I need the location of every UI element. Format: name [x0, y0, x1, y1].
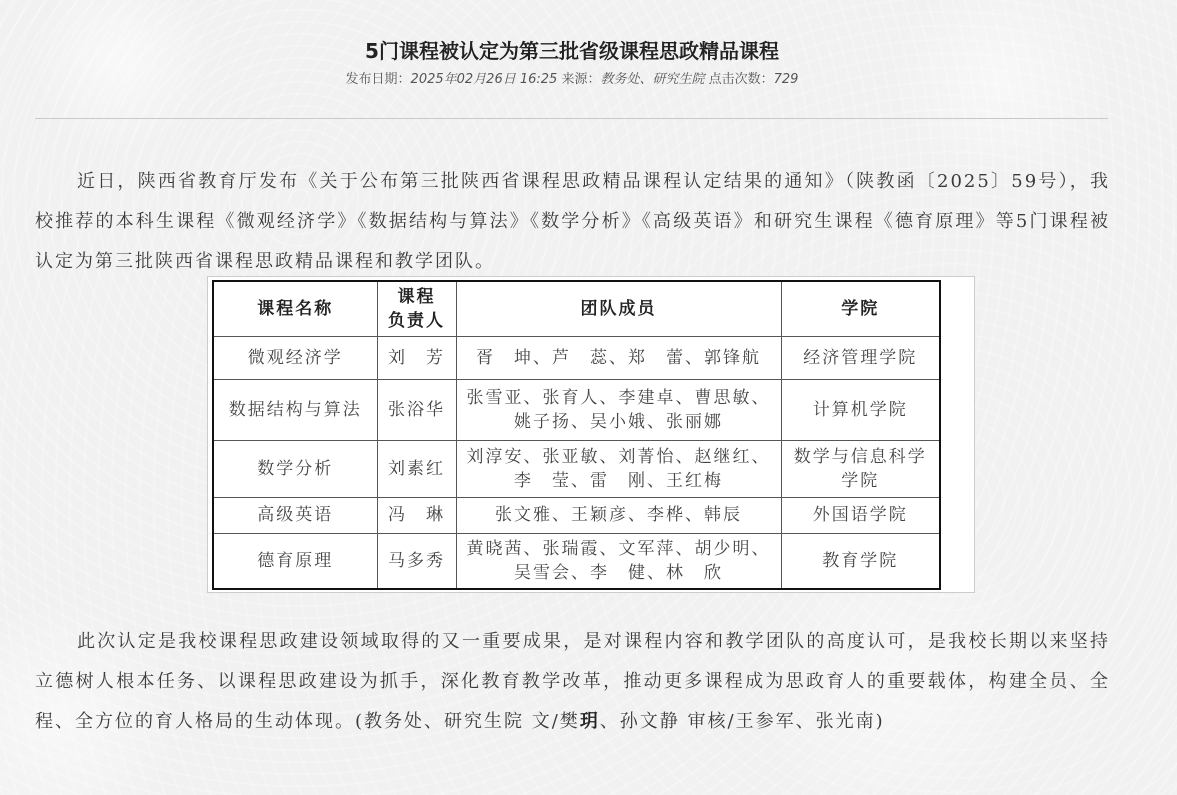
source-label: 来源：	[561, 72, 600, 87]
cell-team-members: 张雪亚、张育人、李建卓、曹思敏、 姚子扬、吴小娥、张丽娜	[456, 379, 781, 440]
school-line: 数学与信息科学	[786, 445, 936, 469]
article-meta: 发布日期：2025年02月26日 16:25 来源：教务处、研究生院 点击次数：…	[0, 68, 1144, 87]
page-title: 5门课程被认定为第三批省级课程思政精品课程	[0, 35, 1144, 64]
school-line: 外国语学院	[786, 503, 936, 527]
cell-course-lead: 刘素红	[377, 440, 456, 497]
header-course-name: 课程名称	[213, 281, 377, 336]
team-line: 刘淳安、张亚敏、刘菁怡、赵继红、	[461, 445, 777, 469]
cell-team-members: 胥 坤、芦 蕊、郑 蕾、郭锋航	[456, 336, 781, 379]
cell-team-members: 黄晓茜、张瑞霞、文军萍、胡少明、 吴雪会、李 健、林 欣	[456, 533, 781, 589]
cell-school: 教育学院	[781, 533, 940, 589]
cell-course-name: 数学分析	[213, 440, 377, 497]
table-row: 数据结构与算法 张浴华 张雪亚、张育人、李建卓、曹思敏、 姚子扬、吴小娥、张丽娜…	[213, 379, 940, 440]
cell-course-lead: 冯 琳	[377, 497, 456, 533]
school-line: 经济管理学院	[786, 346, 936, 370]
header-team-members: 团队成员	[456, 281, 781, 336]
cell-course-name: 微观经济学	[213, 336, 377, 379]
conclusion-text-part2: 、孙文静 审核/王参军、张光南)	[600, 711, 885, 732]
cell-course-lead: 刘 芳	[377, 336, 456, 379]
author-name-glyph: 玥	[580, 711, 600, 732]
cell-course-lead: 马多秀	[377, 533, 456, 589]
paragraph-intro: 近日，陕西省教育厅发布《关于公布第三批陕西省课程思政精品课程认定结果的通知》（陕…	[35, 162, 1110, 282]
views-label: 点击次数：	[709, 72, 774, 87]
cell-school: 计算机学院	[781, 379, 940, 440]
team-line: 姚子扬、吴小娥、张丽娜	[461, 410, 777, 434]
publish-date: 2025年02月26日 16:25	[411, 72, 558, 87]
course-table: 课程名称 课程 负责人 团队成员 学院 微观经济学 刘 芳 胥 坤、芦 蕊、郑 …	[212, 280, 941, 590]
table-header-row: 课程名称 课程 负责人 团队成员 学院	[213, 281, 940, 336]
views-count: 729	[774, 72, 799, 87]
source-value: 教务处、研究生院	[600, 72, 704, 87]
team-line: 黄晓茜、张瑞霞、文军萍、胡少明、	[461, 537, 777, 561]
cell-course-name: 高级英语	[213, 497, 377, 533]
school-line: 计算机学院	[786, 398, 936, 422]
team-line: 胥 坤、芦 蕊、郑 蕾、郭锋航	[461, 346, 777, 370]
table-row: 数学分析 刘素红 刘淳安、张亚敏、刘菁怡、赵继红、 李 莹、雷 刚、王红梅 数学…	[213, 440, 940, 497]
conclusion-text-part1: 此次认定是我校课程思政建设领域取得的又一重要成果，是对课程内容和教学团队的高度认…	[35, 631, 1110, 732]
table-row: 高级英语 冯 琳 张文雅、王颖彦、李桦、韩辰 外国语学院	[213, 497, 940, 533]
cell-team-members: 张文雅、王颖彦、李桦、韩辰	[456, 497, 781, 533]
table-row: 微观经济学 刘 芳 胥 坤、芦 蕊、郑 蕾、郭锋航 经济管理学院	[213, 336, 940, 379]
team-line: 李 莹、雷 刚、王红梅	[461, 469, 777, 493]
school-line: 学院	[786, 469, 936, 493]
cell-course-name: 数据结构与算法	[213, 379, 377, 440]
header-course-lead: 课程 负责人	[377, 281, 456, 336]
team-line: 张雪亚、张育人、李建卓、曹思敏、	[461, 386, 777, 410]
school-line: 教育学院	[786, 549, 936, 573]
cell-course-name: 德育原理	[213, 533, 377, 589]
date-label: 发布日期：	[346, 72, 411, 87]
cell-course-lead: 张浴华	[377, 379, 456, 440]
team-line: 张文雅、王颖彦、李桦、韩辰	[461, 503, 777, 527]
header-school: 学院	[781, 281, 940, 336]
cell-team-members: 刘淳安、张亚敏、刘菁怡、赵继红、 李 莹、雷 刚、王红梅	[456, 440, 781, 497]
team-line: 吴雪会、李 健、林 欣	[461, 561, 777, 585]
paragraph-conclusion: 此次认定是我校课程思政建设领域取得的又一重要成果，是对课程内容和教学团队的高度认…	[35, 622, 1110, 742]
cell-school: 外国语学院	[781, 497, 940, 533]
cell-school: 数学与信息科学 学院	[781, 440, 940, 497]
header-lead-line2: 负责人	[382, 309, 452, 333]
title-divider	[35, 118, 1108, 119]
cell-school: 经济管理学院	[781, 336, 940, 379]
table-row: 德育原理 马多秀 黄晓茜、张瑞霞、文军萍、胡少明、 吴雪会、李 健、林 欣 教育…	[213, 533, 940, 589]
header-lead-line1: 课程	[382, 285, 452, 309]
